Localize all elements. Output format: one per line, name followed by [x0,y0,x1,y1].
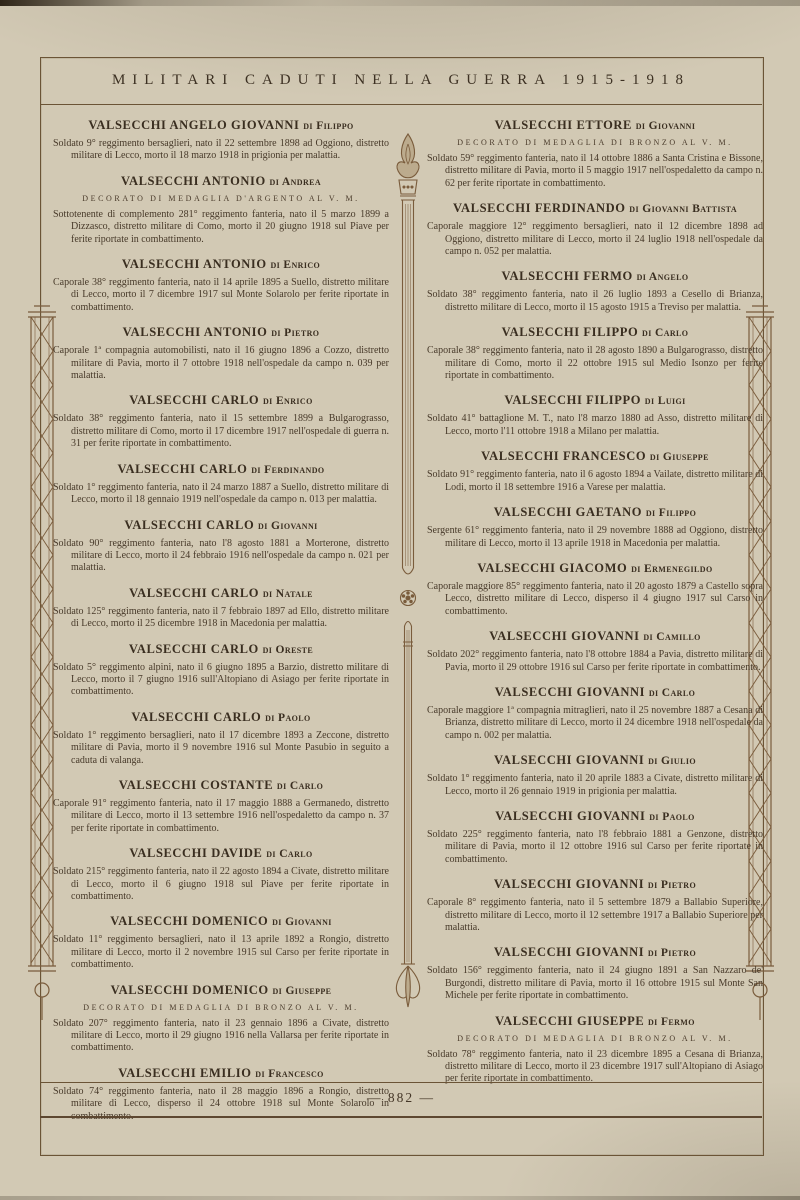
entry-heading: VALSECCHI ANTONIO di Andrea [53,174,389,189]
memorial-entry: VALSECCHI CARLO di Natale Soldato 125° r… [53,586,389,631]
entry-body: Soldato 215° reggimento fanteria, nato i… [53,866,389,903]
memorial-entry: VALSECCHI FERDINANDO di Giovanni Battist… [427,201,763,258]
memorial-entry: VALSECCHI CARLO di Paolo Soldato 1° regg… [53,710,389,767]
memorial-entry: VALSECCHI ANTONIO di Enrico Caporale 38°… [53,257,389,314]
entry-patronymic: di Giovanni [636,120,696,132]
entry-body: Soldato 156° reggimento fanteria, nato i… [427,965,763,1002]
entry-heading: VALSECCHI CARLO di Oreste [53,642,389,657]
entry-body: Soldato 78° reggimento fanteria, nato il… [427,1049,763,1086]
entry-name: VALSECCHI ANTONIO [122,257,267,271]
entry-heading: VALSECCHI CARLO di Natale [53,586,389,601]
entry-decoration: DECORATO DI MEDAGLIA DI BRONZO AL V. M. [427,138,763,147]
entry-name: VALSECCHI ANTONIO [123,325,268,339]
entry-patronymic: di Giuseppe [273,985,332,997]
entry-patronymic: di Pietro [648,947,696,959]
entry-patronymic: di Carlo [642,327,688,339]
entry-heading: VALSECCHI CARLO di Enrico [53,393,389,408]
memorial-entry: VALSECCHI GIOVANNI di Paolo Soldato 225°… [427,809,763,866]
entry-heading: VALSECCHI ANGELO GIOVANNI di Filippo [53,118,389,133]
entry-body: Caporale maggiore 85° reggimento fanteri… [427,581,763,618]
entry-name: VALSECCHI CARLO [129,586,259,600]
entry-patronymic: di Paolo [265,712,311,724]
book-page: MILITARI CADUTI NELLA GUERRA 1915-1918 [0,0,800,1200]
entry-patronymic: di Pietro [271,327,319,339]
memorial-entry: VALSECCHI GIOVANNI di Pietro Soldato 156… [427,945,763,1002]
entry-name: VALSECCHI CARLO [124,518,254,532]
entry-patronymic: di Giovanni [258,520,318,532]
entry-body: Soldato 9° reggimento bersaglieri, nato … [53,138,389,163]
memorial-entry: VALSECCHI CARLO di Oreste Soldato 5° reg… [53,642,389,699]
entry-heading: VALSECCHI ETTORE di Giovanni [427,118,763,133]
entry-heading: VALSECCHI ANTONIO di Enrico [53,257,389,272]
memorial-entry: VALSECCHI ANTONIO di Andrea DECORATO DI … [53,174,389,246]
memorial-entry: VALSECCHI ANGELO GIOVANNI di Filippo Sol… [53,118,389,163]
entry-heading: VALSECCHI FILIPPO di Luigi [427,393,763,408]
entry-patronymic: di Angelo [637,271,689,283]
entry-heading: VALSECCHI DOMENICO di Giovanni [53,914,389,929]
entry-name: VALSECCHI CARLO [129,642,259,656]
entry-name: VALSECCHI FERDINANDO [453,201,626,215]
entry-decoration: DECORATO DI MEDAGLIA DI BRONZO AL V. M. [427,1034,763,1043]
page-title: MILITARI CADUTI NELLA GUERRA 1915-1918 [40,72,762,89]
entry-body: Sergente 61° reggimento fanteria, nato i… [427,525,763,550]
entry-body: Soldato 90° reggimento fanteria, nato l'… [53,538,389,575]
torch-column-ornament-icon [388,130,428,1020]
entry-name: VALSECCHI DAVIDE [129,846,262,860]
memorial-entry: VALSECCHI GIOVANNI di Pietro Caporale 8°… [427,877,763,934]
memorial-entry: VALSECCHI GIACOMO di Ermenegildo Caporal… [427,561,763,618]
entry-heading: VALSECCHI FRANCESCO di Giuseppe [427,449,763,464]
memorial-entry: VALSECCHI CARLO di Ferdinando Soldato 1°… [53,462,389,507]
memorial-entry: VALSECCHI FILIPPO di Carlo Caporale 38° … [427,325,763,382]
entry-heading: VALSECCHI DOMENICO di Giuseppe [53,983,389,998]
entry-name: VALSECCHI EMILIO [118,1066,251,1080]
entry-body: Caporale maggiore 1ª compagnia mitraglie… [427,705,763,742]
entry-body: Soldato 5° reggimento alpini, nato il 6 … [53,662,389,699]
entry-name: VALSECCHI GIOVANNI [495,685,645,699]
entry-patronymic: di Filippo [646,507,696,519]
entry-body: Sottotenente di complemento 281° reggime… [53,209,389,246]
memorial-entry: VALSECCHI ANTONIO di Pietro Caporale 1ª … [53,325,389,382]
memorial-entry: VALSECCHI COSTANTE di Carlo Caporale 91°… [53,778,389,835]
memorial-entry: VALSECCHI FRANCESCO di Giuseppe Soldato … [427,449,763,494]
memorial-entry: VALSECCHI GIOVANNI di Carlo Caporale mag… [427,685,763,742]
entry-body: Caporale 8° reggimento fanteria, nato il… [427,897,763,934]
entry-patronymic: di Enrico [263,395,313,407]
entry-heading: VALSECCHI GIACOMO di Ermenegildo [427,561,763,576]
entry-name: VALSECCHI GIOVANNI [494,945,644,959]
entry-heading: VALSECCHI COSTANTE di Carlo [53,778,389,793]
entry-heading: VALSECCHI GIOVANNI di Giulio [427,753,763,768]
memorial-entry: VALSECCHI CARLO di Enrico Soldato 38° re… [53,393,389,450]
entry-patronymic: di Giovanni Battista [629,203,737,215]
entry-body: Caporale 38° reggimento fanteria, nato i… [53,277,389,314]
entry-patronymic: di Natale [263,588,313,600]
entry-patronymic: di Ermenegildo [631,563,713,575]
entry-heading: VALSECCHI GIOVANNI di Pietro [427,877,763,892]
entry-body: Soldato 41° battaglione M. T., nato l'8 … [427,413,763,438]
entry-patronymic: di Francesco [255,1068,324,1080]
entry-patronymic: di Enrico [270,259,320,271]
header-rule [40,104,762,105]
entry-name: VALSECCHI GIUSEPPE [495,1014,644,1028]
entry-patronymic: di Pietro [648,879,696,891]
entry-body: Soldato 38° reggimento fanteria, nato il… [53,413,389,450]
footer-rule [40,1082,762,1083]
entry-name: VALSECCHI FERMO [501,269,632,283]
entry-body: Soldato 225° reggimento fanteria, nato l… [427,829,763,866]
memorial-entry: VALSECCHI DAVIDE di Carlo Soldato 215° r… [53,846,389,903]
entry-patronymic: di Luigi [645,395,686,407]
entry-name: VALSECCHI FRANCESCO [481,449,646,463]
entry-body: Caporale 38° reggimento fanteria, nato i… [427,345,763,382]
entry-heading: VALSECCHI GIOVANNI di Camillo [427,629,763,644]
entry-patronymic: di Filippo [303,120,353,132]
entry-name: VALSECCHI COSTANTE [119,778,273,792]
entry-name: VALSECCHI FILIPPO [502,325,639,339]
entry-body: Soldato 125° reggimento fanteria, nato i… [53,606,389,631]
entry-heading: VALSECCHI GIOVANNI di Paolo [427,809,763,824]
entry-patronymic: di Ferdinando [251,464,324,476]
column-divider [393,118,423,1078]
memorial-entry: VALSECCHI GIOVANNI di Camillo Soldato 20… [427,629,763,674]
entry-heading: VALSECCHI GIOVANNI di Pietro [427,945,763,960]
footer-bottom-rule [40,1116,762,1118]
right-column: VALSECCHI ETTORE di Giovanni DECORATO DI… [427,118,763,1078]
left-column: VALSECCHI ANGELO GIOVANNI di Filippo Sol… [53,118,389,1078]
entry-patronymic: di Camillo [643,631,700,643]
memorial-entry: VALSECCHI GIUSEPPE di Fermo DECORATO DI … [427,1014,763,1086]
entry-name: VALSECCHI CARLO [117,462,247,476]
page-number: — 882 — [40,1090,762,1106]
entry-name: VALSECCHI GIOVANNI [494,753,644,767]
memorial-entry: VALSECCHI ETTORE di Giovanni DECORATO DI… [427,118,763,190]
entry-heading: VALSECCHI FERDINANDO di Giovanni Battist… [427,201,763,216]
memorial-entry: VALSECCHI GIOVANNI di Giulio Soldato 1° … [427,753,763,798]
entry-heading: VALSECCHI GIUSEPPE di Fermo [427,1014,763,1029]
entry-heading: VALSECCHI GIOVANNI di Carlo [427,685,763,700]
entry-patronymic: di Andrea [270,176,321,188]
entry-patronymic: di Paolo [649,811,695,823]
entry-name: VALSECCHI GAETANO [494,505,642,519]
entry-patronymic: di Giuseppe [650,451,709,463]
two-column-text-area: VALSECCHI ANGELO GIOVANNI di Filippo Sol… [53,118,763,1078]
entry-heading: VALSECCHI CARLO di Giovanni [53,518,389,533]
entry-heading: VALSECCHI CARLO di Paolo [53,710,389,725]
memorial-entry: VALSECCHI CARLO di Giovanni Soldato 90° … [53,518,389,575]
entry-name: VALSECCHI CARLO [129,393,259,407]
entry-heading: VALSECCHI ANTONIO di Pietro [53,325,389,340]
entry-body: Soldato 207° reggimento fanteria, nato i… [53,1018,389,1055]
entry-name: VALSECCHI GIOVANNI [495,809,645,823]
entry-body: Soldato 11° reggimento bersaglieri, nato… [53,934,389,971]
entry-name: VALSECCHI ANGELO GIOVANNI [88,118,299,132]
entry-name: VALSECCHI GIOVANNI [494,877,644,891]
entry-body: Caporale 1ª compagnia automobilisti, nat… [53,345,389,382]
entry-body: Soldato 59° reggimento fanteria, nato il… [427,153,763,190]
entry-heading: VALSECCHI DAVIDE di Carlo [53,846,389,861]
entry-name: VALSECCHI GIACOMO [477,561,627,575]
entry-patronymic: di Fermo [648,1016,695,1028]
entry-name: VALSECCHI FILIPPO [504,393,641,407]
entry-body: Caporale 91° reggimento fanteria, nato i… [53,798,389,835]
memorial-entry: VALSECCHI GAETANO di Filippo Sergente 61… [427,505,763,550]
memorial-entry: VALSECCHI DOMENICO di Giovanni Soldato 1… [53,914,389,971]
memorial-entry: VALSECCHI DOMENICO di Giuseppe DECORATO … [53,983,389,1055]
entry-name: VALSECCHI CARLO [131,710,261,724]
entry-body: Soldato 91° reggimento fanteria, nato il… [427,469,763,494]
entry-decoration: DECORATO DI MEDAGLIA DI BRONZO AL V. M. [53,1003,389,1012]
entry-name: VALSECCHI ETTORE [495,118,632,132]
entry-heading: VALSECCHI FILIPPO di Carlo [427,325,763,340]
entry-body: Caporale maggiore 12° reggimento bersagl… [427,221,763,258]
entry-name: VALSECCHI ANTONIO [121,174,266,188]
memorial-entry: VALSECCHI FERMO di Angelo Soldato 38° re… [427,269,763,314]
entry-heading: VALSECCHI EMILIO di Francesco [53,1066,389,1081]
entry-patronymic: di Giovanni [272,916,332,928]
entry-body: Soldato 38° reggimento fanteria, nato il… [427,289,763,314]
entry-patronymic: di Carlo [649,687,695,699]
entry-heading: VALSECCHI CARLO di Ferdinando [53,462,389,477]
entry-patronymic: di Carlo [277,780,323,792]
entry-body: Soldato 1° reggimento fanteria, nato il … [427,773,763,798]
entry-patronymic: di Carlo [266,848,312,860]
memorial-entry: VALSECCHI FILIPPO di Luigi Soldato 41° b… [427,393,763,438]
entry-decoration: DECORATO DI MEDAGLIA D'ARGENTO AL V. M. [53,194,389,203]
entry-name: VALSECCHI DOMENICO [111,983,269,997]
entry-patronymic: di Oreste [263,644,314,656]
entry-name: VALSECCHI DOMENICO [110,914,268,928]
entry-body: Soldato 1° reggimento fanteria, nato il … [53,482,389,507]
entry-body: Soldato 202° reggimento fanteria, nato l… [427,649,763,674]
entry-heading: VALSECCHI GAETANO di Filippo [427,505,763,520]
entry-heading: VALSECCHI FERMO di Angelo [427,269,763,284]
entry-body: Soldato 1° reggimento bersaglieri, nato … [53,730,389,767]
entry-patronymic: di Giulio [648,755,696,767]
entry-name: VALSECCHI GIOVANNI [489,629,639,643]
